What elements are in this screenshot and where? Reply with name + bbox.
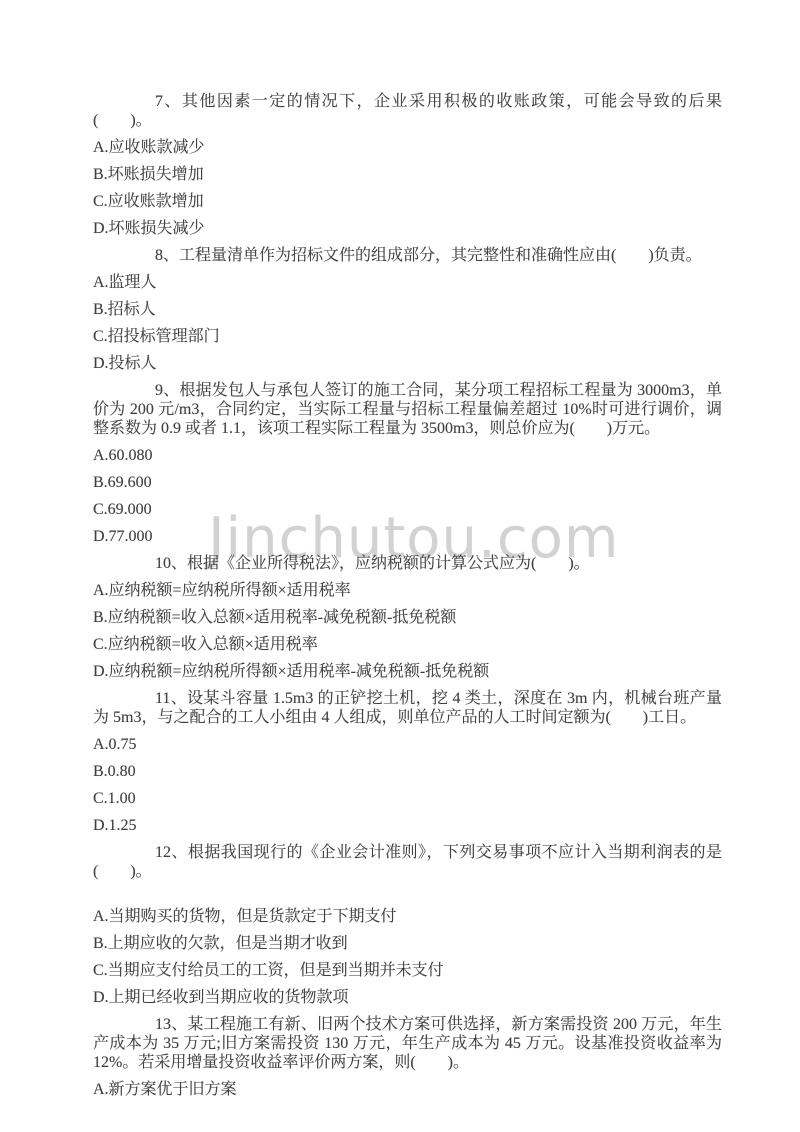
option-item: C.应纳税额=收入总额×适用税率 <box>93 635 722 654</box>
option-item: C.1.00 <box>93 789 722 808</box>
option-item: D.77.000 <box>93 527 722 546</box>
question-block: 7、其他因素一定的情况下，企业采用积极的收账政策，可能会导致的后果( )。 A.… <box>93 92 722 238</box>
question-stem: 9、根据发包人与承包人签订的施工合同，某分项工程招标工程量为 3000m3，单价… <box>93 381 722 438</box>
question-stem: 12、根据我国现行的《企业会计准则》，下列交易事项不应计入当期利润表的是( )。 <box>93 843 722 881</box>
question-stem: 7、其他因素一定的情况下，企业采用积极的收账政策，可能会导致的后果( )。 <box>93 92 722 130</box>
option-item: C.69.000 <box>93 500 722 519</box>
option-item: B.69.600 <box>93 473 722 492</box>
option-item: D.投标人 <box>93 354 722 373</box>
option-item: B.招标人 <box>93 300 722 319</box>
question-block: 12、根据我国现行的《企业会计准则》，下列交易事项不应计入当期利润表的是( )。… <box>93 843 722 1007</box>
option-item: C.当期应支付给员工的工资，但是到当期并未支付 <box>93 961 722 980</box>
questions-content: 7、其他因素一定的情况下，企业采用积极的收账政策，可能会导致的后果( )。 A.… <box>93 92 722 1107</box>
option-item: B.0.80 <box>93 762 722 781</box>
option-item: D.1.25 <box>93 816 722 835</box>
option-item: C.招投标管理部门 <box>93 327 722 346</box>
question-stem: 10、根据《企业所得税法》，应纳税额的计算公式应为( )。 <box>93 554 722 573</box>
question-block: 11、设某斗容量 1.5m3 的正铲挖土机，挖 4 类土，深度在 3m 内，机械… <box>93 689 722 835</box>
question-block: 9、根据发包人与承包人签订的施工合同，某分项工程招标工程量为 3000m3，单价… <box>93 381 722 546</box>
document-page: Jinchutou.com 7、其他因素一定的情况下，企业采用积极的收账政策，可… <box>0 0 800 1132</box>
option-item: A.应收账款减少 <box>93 138 722 157</box>
option-item: B.坏账损失增加 <box>93 165 722 184</box>
question-block: 8、工程量清单作为招标文件的组成部分，其完整性和准确性应由( )负责。 A.监理… <box>93 246 722 373</box>
option-item: B.应纳税额=收入总额×适用税率-减免税额-抵免税额 <box>93 608 722 627</box>
option-item: D.坏账损失减少 <box>93 219 722 238</box>
question-block: 10、根据《企业所得税法》，应纳税额的计算公式应为( )。 A.应纳税额=应纳税… <box>93 554 722 681</box>
question-stem: 13、某工程施工有新、旧两个技术方案可供选择，新方案需投资 200 万元，年生产… <box>93 1015 722 1072</box>
option-item: B.上期应收的欠款，但是当期才收到 <box>93 934 722 953</box>
question-stem: 11、设某斗容量 1.5m3 的正铲挖土机，挖 4 类土，深度在 3m 内，机械… <box>93 689 722 727</box>
option-item: A.应纳税额=应纳税所得额×适用税率 <box>93 581 722 600</box>
option-item: A.监理人 <box>93 273 722 292</box>
option-item: A.0.75 <box>93 735 722 754</box>
option-item: A.新方案优于旧方案 <box>93 1080 722 1099</box>
question-block: 13、某工程施工有新、旧两个技术方案可供选择，新方案需投资 200 万元，年生产… <box>93 1015 722 1099</box>
option-item: D.上期已经收到当期应收的货物款项 <box>93 988 722 1007</box>
option-item: A.60.080 <box>93 446 722 465</box>
option-item: C.应收账款增加 <box>93 192 722 211</box>
option-item: A.当期购买的货物，但是货款定于下期支付 <box>93 907 722 926</box>
question-stem: 8、工程量清单作为招标文件的组成部分，其完整性和准确性应由( )负责。 <box>93 246 722 265</box>
option-item: D.应纳税额=应纳税所得额×适用税率-减免税额-抵免税额 <box>93 662 722 681</box>
